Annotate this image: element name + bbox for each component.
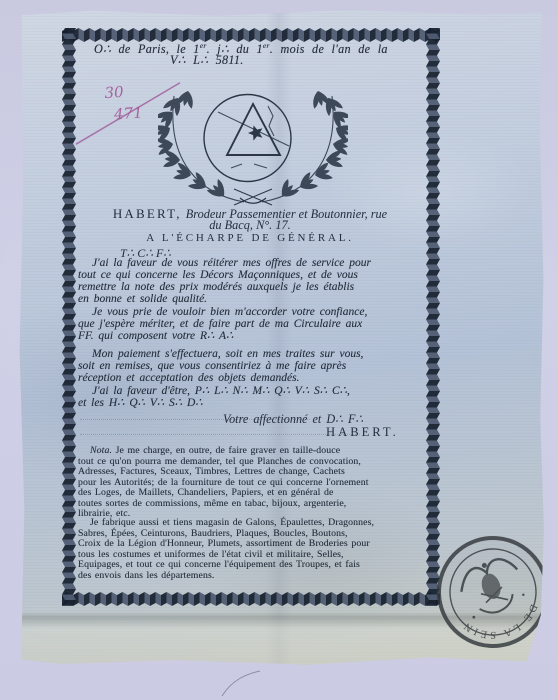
paragraph-confidence: Je vous prie de vouloir bien m'accorder …	[78, 307, 367, 343]
postscript-line: des envois dans les départemens.	[78, 571, 374, 582]
postscript-line: Je fabrique aussi et tiens magasin de Ga…	[78, 518, 374, 529]
photo-backdrop: { "photo": { "backdrop_color": "#cdcde5"…	[0, 0, 558, 700]
body-line: FF. qui composent votre R∴ A∴	[78, 331, 367, 343]
circular-ink-stamp: DE LA SEINE	[433, 534, 555, 658]
shop-sign: A L'ÉCHARPE DE GÉNÉRAL.	[78, 232, 422, 244]
masonic-emblem-icon	[158, 84, 348, 210]
document-paper: 30 471 O∴ de Paris, le 1er. j∴ du 1er. m…	[18, 8, 545, 668]
handwritten-number-top: 30	[104, 83, 124, 102]
body-line: et les H∴ Q∴ V∴ S∴ D∴	[78, 398, 350, 410]
merchant-address: du Bacq, N°. 17.	[78, 218, 422, 233]
paragraph-payment: Mon paiement s'effectuera, soit en mes t…	[78, 349, 363, 385]
postscript-paragraph: Je fabrique aussi et tiens magasin de Ga…	[78, 518, 374, 581]
paragraph-offer: J'ai la faveur de vous réitérer mes offr…	[78, 258, 371, 306]
dateline-year: V∴ L∴ 5811.	[170, 53, 244, 67]
zigzag-border-bottom	[62, 592, 440, 606]
signature: HABERT.	[326, 425, 399, 440]
pentagram-star-icon	[246, 123, 265, 141]
zigzag-border-right	[426, 28, 440, 606]
ink-bleedthrough-dots	[80, 434, 360, 435]
handwritten-number-bottom: 471	[113, 103, 143, 123]
body-line: remettre la note des prix modérés auxque…	[78, 282, 371, 294]
nota-label: Nota.	[90, 445, 112, 456]
dust-hair	[220, 668, 264, 698]
nota-paragraph: Nota. Je me charge, en outre, de faire g…	[78, 446, 369, 520]
nota-line: Nota. Je me charge, en outre, de faire g…	[78, 446, 369, 457]
paragraph-honorifics: J'ai la faveur d'être, P∴ L∴ N∴ M∴ Q∴ V∴…	[78, 386, 350, 410]
body-line: en bonne et solide qualité.	[78, 294, 371, 306]
body-line: réception et acceptation des objets dema…	[78, 373, 363, 385]
